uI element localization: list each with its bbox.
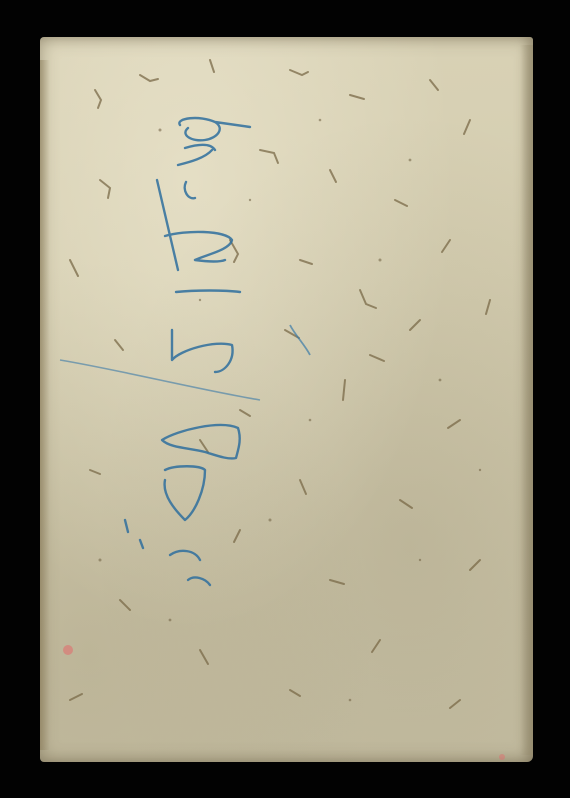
photo-background bbox=[0, 0, 570, 798]
ink-handwriting bbox=[0, 0, 570, 798]
